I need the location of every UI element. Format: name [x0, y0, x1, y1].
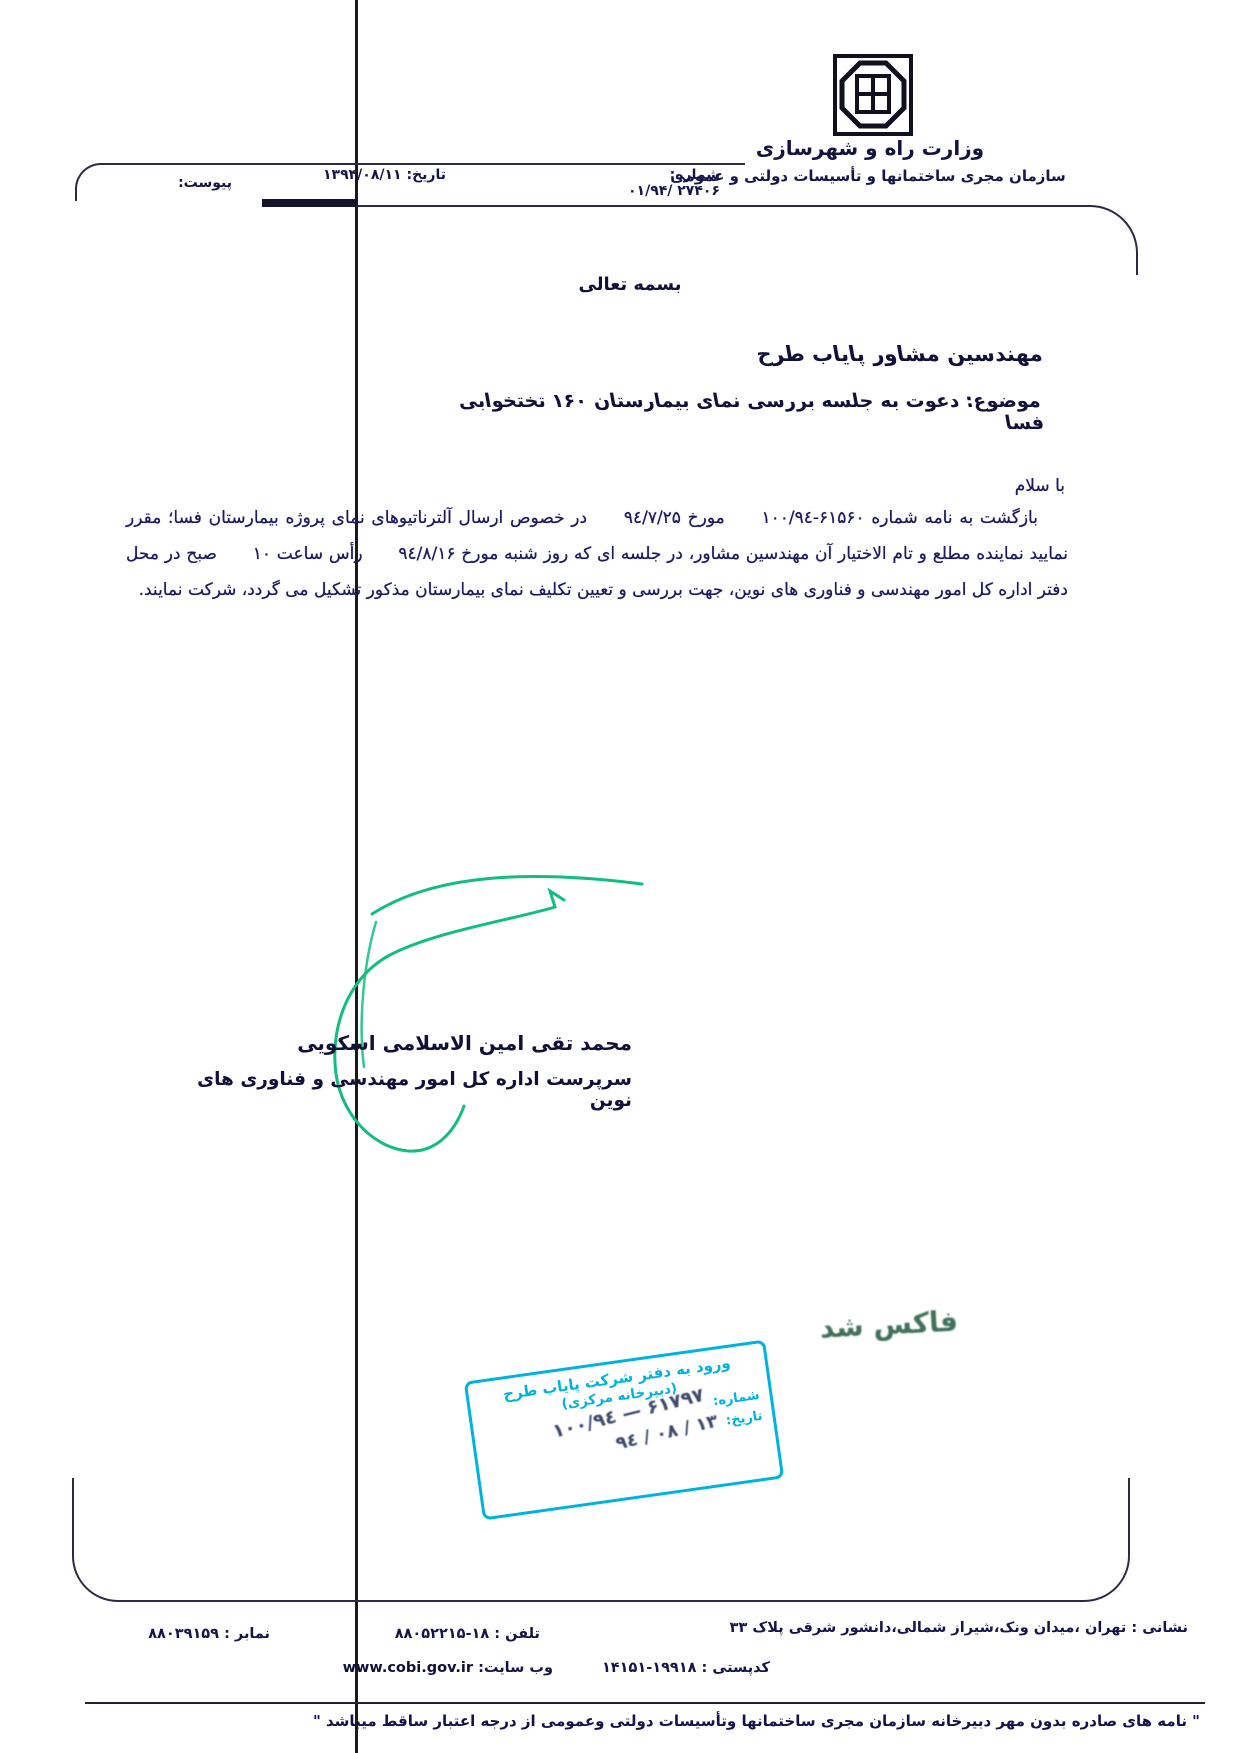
organization-name: سازمان مجری ساختمانها و تأسیسات دولتی و … [668, 167, 1068, 185]
footer-postal-code: کدپستی : ۱۴۱۵۱-۱۹۹۱۸ [555, 1660, 770, 1676]
signatory-title: سرپرست اداره کل امور مهندسی و فناوری های… [162, 1069, 632, 1111]
body-segment: بازگشت به نامه شماره [865, 508, 1038, 528]
attachment-label: پیوست: [178, 175, 232, 191]
letter-frame-header-bar [262, 199, 358, 207]
footer-address-value: تهران ،میدان ونک،شیراز شمالی،دانشور شرقی… [730, 1620, 1127, 1636]
footer-website: وب سایت: www.cobi.gov.ir [338, 1660, 553, 1676]
stamp-number-label: شماره: [712, 1388, 760, 1409]
subject-line: موضوع: دعوت به جلسه بررسی نمای بیمارستان… [414, 390, 1046, 434]
body-segment: رأس ساعت [271, 544, 368, 564]
letter-number-label: شماره: [670, 167, 720, 183]
reference-date: ۹٤/۷/۲۵ [594, 500, 681, 536]
ministry-name: وزارت راه و شهرسازی [690, 136, 1050, 160]
recipient-name: مهندسین مشاور پایاب طرح [688, 342, 1044, 366]
stamp-date-label: تاریخ: [725, 1409, 763, 1429]
footer-fax: نمابر : ۸۸۰۳۹۱۵۹ [85, 1626, 270, 1642]
signatory-name: محمد تقی امین الاسلامی اسکویی [162, 1031, 632, 1055]
signature-block: محمد تقی امین الاسلامی اسکویی سرپرست ادا… [162, 1031, 632, 1111]
footer-fax-label: نمابر : [224, 1626, 270, 1642]
footer-postal-value: ۱۴۱۵۱-۱۹۹۱۸ [602, 1660, 697, 1676]
letter-date-value: ۱۳۹۴/۰۸/۱۱ [323, 167, 402, 183]
letter-date-label: تاریخ: [406, 167, 446, 183]
besmellah: بسمه تعالی [558, 274, 702, 295]
reference-number: ۱۰۰/۹٤-۶۱۵۶۰ [731, 500, 864, 536]
footer-address: نشانی : تهران ،میدان ونک،شیراز شمالی،دان… [598, 1620, 1188, 1636]
meeting-hour: ۱۰ [223, 536, 271, 572]
attachment-field: پیوست: [168, 175, 232, 191]
footer-website-label: وب سایت: [478, 1660, 553, 1676]
footer-postal-label: کدپستی : [702, 1660, 770, 1676]
body-segment: مورخ [681, 508, 732, 528]
ministry-logo-icon [832, 52, 914, 138]
fax-handwritten-note: فاکس شد [747, 1305, 958, 1349]
handwritten-signature-stroke [312, 852, 664, 1174]
salutation: با سلام [893, 476, 1065, 496]
letter-number-value: ۰۱/۹۴/ ۲۷۴۰۶ [628, 183, 720, 199]
letter-number-field: شماره: ۰۱/۹۴/ ۲۷۴۰۶ [588, 167, 720, 199]
footer-fax-value: ۸۸۰۳۹۱۵۹ [148, 1626, 219, 1642]
footer-address-label: نشانی : [1131, 1620, 1188, 1636]
footer-phone-label: تلفن : [494, 1626, 540, 1642]
footer-phone: تلفن : ۸۸۰۵۲۲۱۵-۱۸ [340, 1626, 540, 1642]
footer-phone-value: ۸۸۰۵۲۲۱۵-۱۸ [395, 1626, 490, 1642]
scanned-letter-page: وزارت راه و شهرسازی سازمان مجری ساختمانه… [0, 0, 1240, 1753]
footer-website-url: www.cobi.gov.ir [343, 1660, 473, 1676]
body-paragraph: بازگشت به نامه شماره ۱۰۰/۹٤-۶۱۵۶۰ مورخ ۹… [126, 500, 1068, 608]
disclaimer-divider [85, 1702, 1205, 1704]
letter-date-field: تاریخ: ۱۳۹۴/۰۸/۱۱ [278, 167, 446, 183]
letter-frame-top [357, 205, 1138, 275]
meeting-date: ۹٤/۸/۱۶ [368, 536, 455, 572]
footer-disclaimer: " نامه های صادره بدون مهر دبیرخانه سازما… [290, 1712, 1200, 1730]
